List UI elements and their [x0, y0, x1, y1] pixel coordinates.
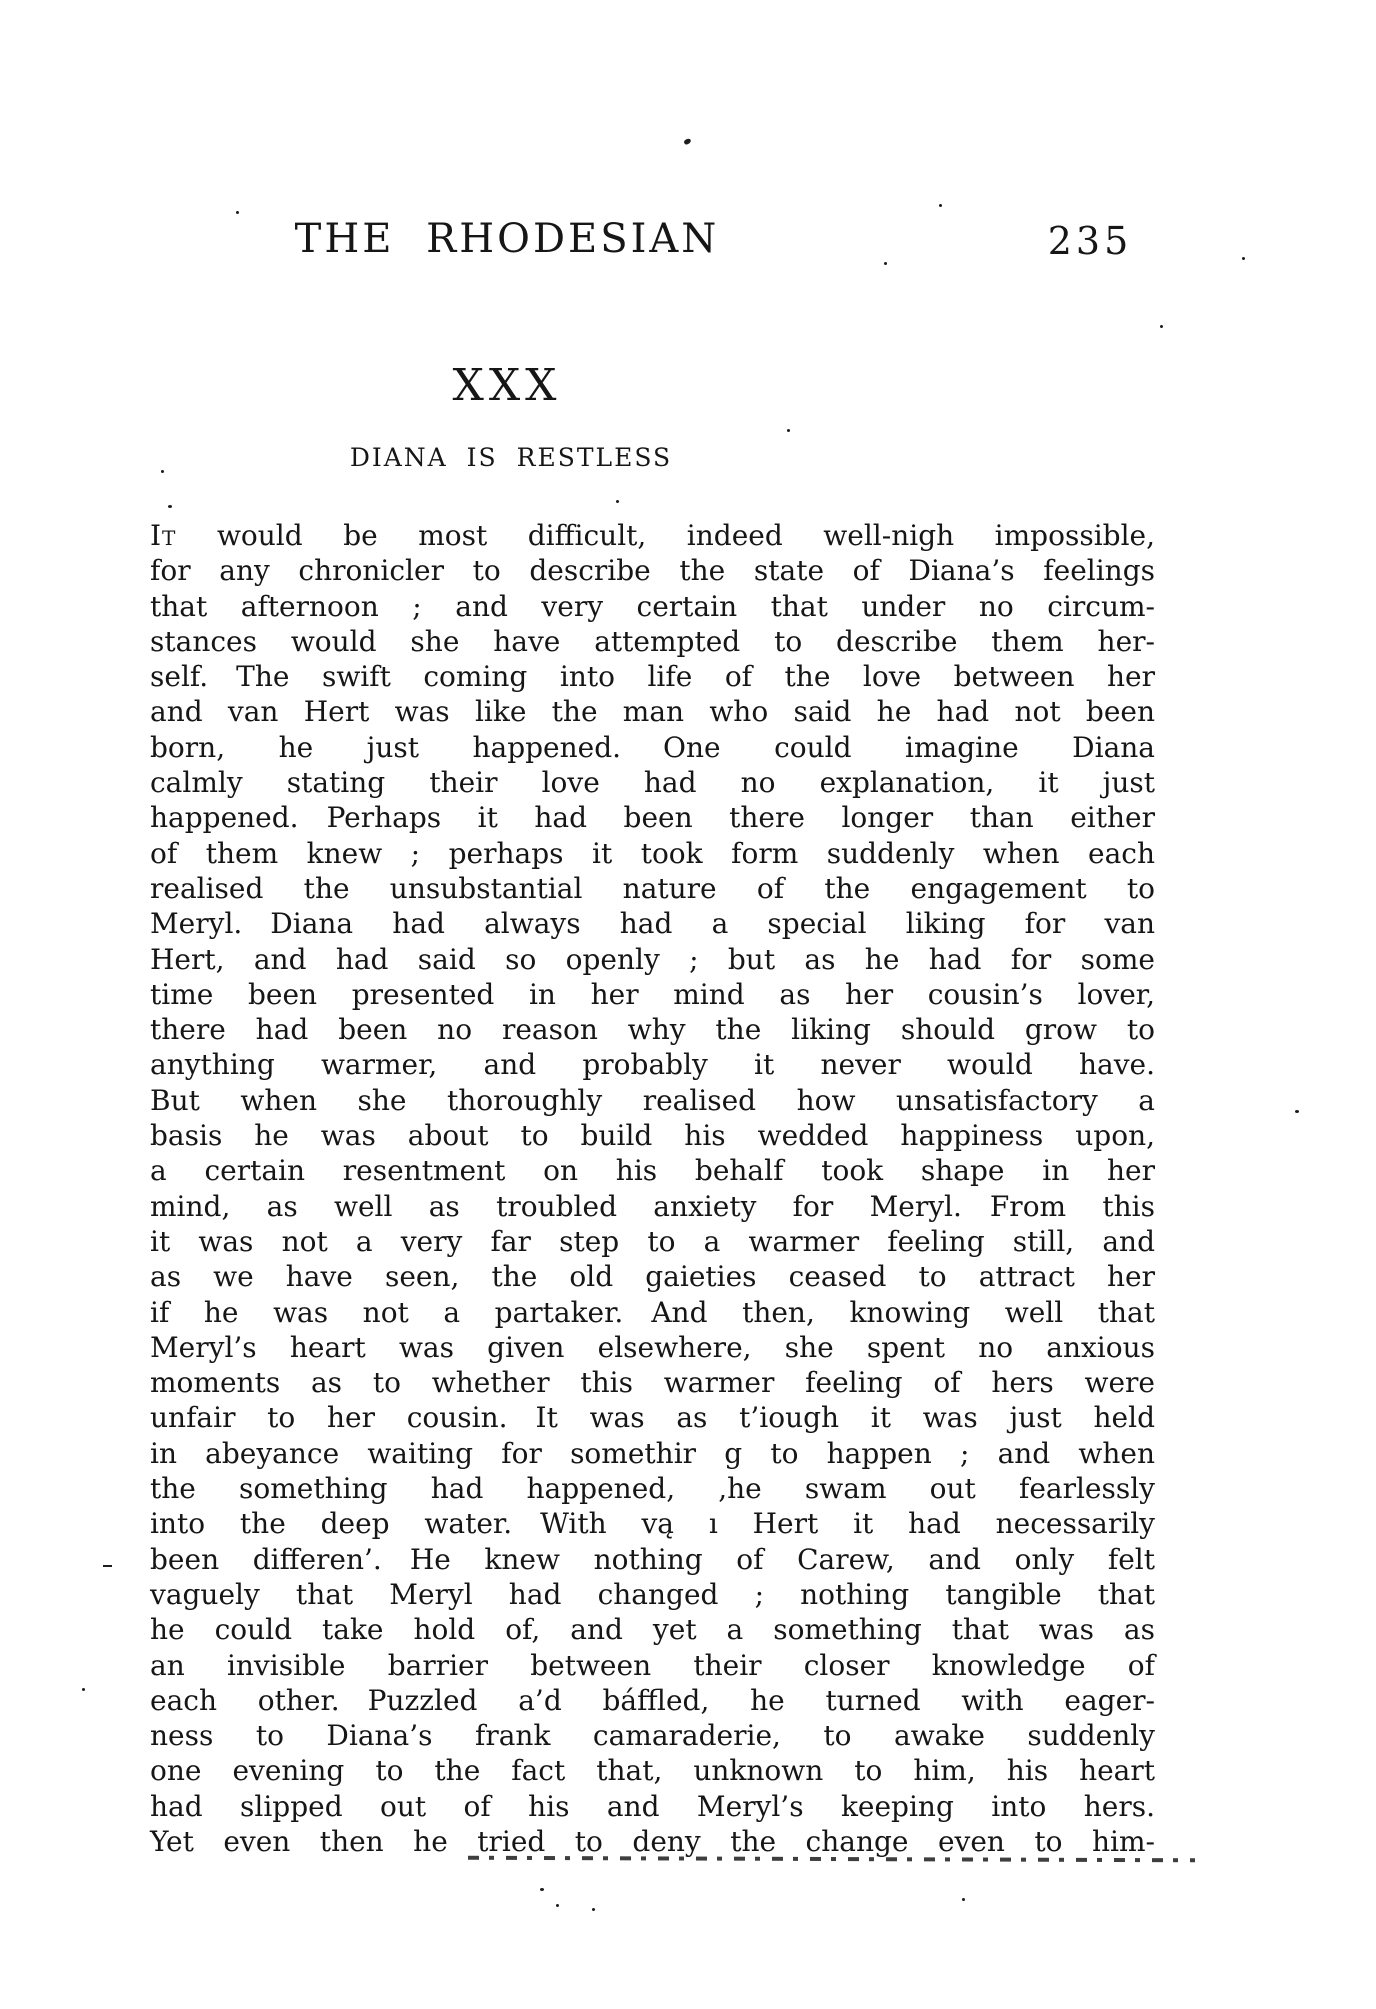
text-line: Hert, and had said so openly ; but as he…: [150, 942, 1155, 977]
scan-speck: [592, 1908, 595, 1911]
text-line: he could take hold of, and yet a somethi…: [150, 1612, 1155, 1647]
text-line: of them knew ; perhaps it took form sudd…: [150, 836, 1155, 871]
text-line: one evening to the fact that, unknown to…: [150, 1753, 1155, 1788]
scan-speck: [1295, 1110, 1299, 1113]
scan-speck: [161, 470, 164, 473]
body-text: It would be most difficult, indeed well-…: [150, 518, 1155, 1859]
scan-speck: [939, 204, 942, 207]
text-line: that afternoon ; and very certain that u…: [150, 589, 1155, 624]
text-line: a certain resentment on his behalf took …: [150, 1153, 1155, 1188]
text-line: born, he just happened. One could imagin…: [150, 730, 1155, 765]
text-line: and van Hert was like the man who said h…: [150, 694, 1155, 729]
text-line: Meryl. Diana had always had a special li…: [150, 906, 1155, 941]
text-line: But when she thoroughly realised how uns…: [150, 1083, 1155, 1118]
text-line: It would be most difficult, indeed well-…: [150, 518, 1155, 553]
scan-speck: [1160, 325, 1163, 328]
text-line: time been presented in her mind as her c…: [150, 977, 1155, 1012]
text-line: into the deep water. With vą ı Hert it h…: [150, 1506, 1155, 1541]
text-line: anything warmer, and probably it never w…: [150, 1047, 1155, 1082]
scan-speck: [540, 1888, 544, 1891]
scan-speck: [556, 1904, 559, 1907]
text-line: moments as to whether this warmer feelin…: [150, 1365, 1155, 1400]
paragraph-opening-word: It: [150, 519, 176, 552]
scan-speck: [103, 1565, 112, 1567]
text-line: realised the unsubstantial nature of the…: [150, 871, 1155, 906]
scan-speck: [82, 1688, 85, 1691]
text-line: as we have seen, the old gaieties ceased…: [150, 1259, 1155, 1294]
text-line: Meryl’s heart was given elsewhere, she s…: [150, 1330, 1155, 1365]
text-line: vaguely that Meryl had changed ; nothing…: [150, 1577, 1155, 1612]
text-line: self. The swift coming into life of the …: [150, 659, 1155, 694]
text-line: been differen’. He knew nothing of Carew…: [150, 1542, 1155, 1577]
page-number: 235: [1048, 219, 1133, 263]
text-line: Yet even then he tried to deny the chang…: [150, 1824, 1155, 1859]
scan-speck: [683, 137, 692, 145]
text-line: in abeyance waiting for somethir g to ha…: [150, 1436, 1155, 1471]
text-line: basis he was about to build his wedded h…: [150, 1118, 1155, 1153]
running-header-title: THE RHODESIAN: [295, 216, 720, 262]
scan-speck: [787, 429, 790, 432]
text-line: if he was not a partaker. And then, know…: [150, 1295, 1155, 1330]
scanned-book-page: THE RHODESIAN 235 XXX DIANA IS RESTLESS …: [0, 0, 1376, 2009]
text-line-rest: would be most difficult, indeed well-nig…: [217, 519, 1155, 552]
text-line: an invisible barrier between their close…: [150, 1648, 1155, 1683]
scan-speck: [1242, 257, 1245, 260]
text-line: ness to Diana’s frank camaraderie, to aw…: [150, 1718, 1155, 1753]
text-line: happened. Perhaps it had been there long…: [150, 800, 1155, 835]
scan-speck: [168, 505, 172, 508]
text-line: the something had happened, ,he swam out…: [150, 1471, 1155, 1506]
chapter-title: DIANA IS RESTLESS: [350, 443, 672, 472]
chapter-number: XXX: [453, 360, 562, 411]
text-line: unfair to her cousin. It was as t’iough …: [150, 1400, 1155, 1435]
scan-speck: [236, 211, 239, 214]
text-line: mind, as well as troubled anxiety for Me…: [150, 1189, 1155, 1224]
text-line: each other. Puzzled a’d báffled, he turn…: [150, 1683, 1155, 1718]
text-line: had slipped out of his and Meryl’s keepi…: [150, 1789, 1155, 1824]
text-line: calmly stating their love had no explana…: [150, 765, 1155, 800]
scan-speck: [616, 500, 619, 503]
text-line: there had been no reason why the liking …: [150, 1012, 1155, 1047]
text-line: it was not a very far step to a warmer f…: [150, 1224, 1155, 1259]
scan-speck: [962, 1898, 965, 1901]
text-line: for any chronicler to describe the state…: [150, 553, 1155, 588]
scan-speck: [884, 262, 887, 265]
text-line: stances would she have attempted to desc…: [150, 624, 1155, 659]
